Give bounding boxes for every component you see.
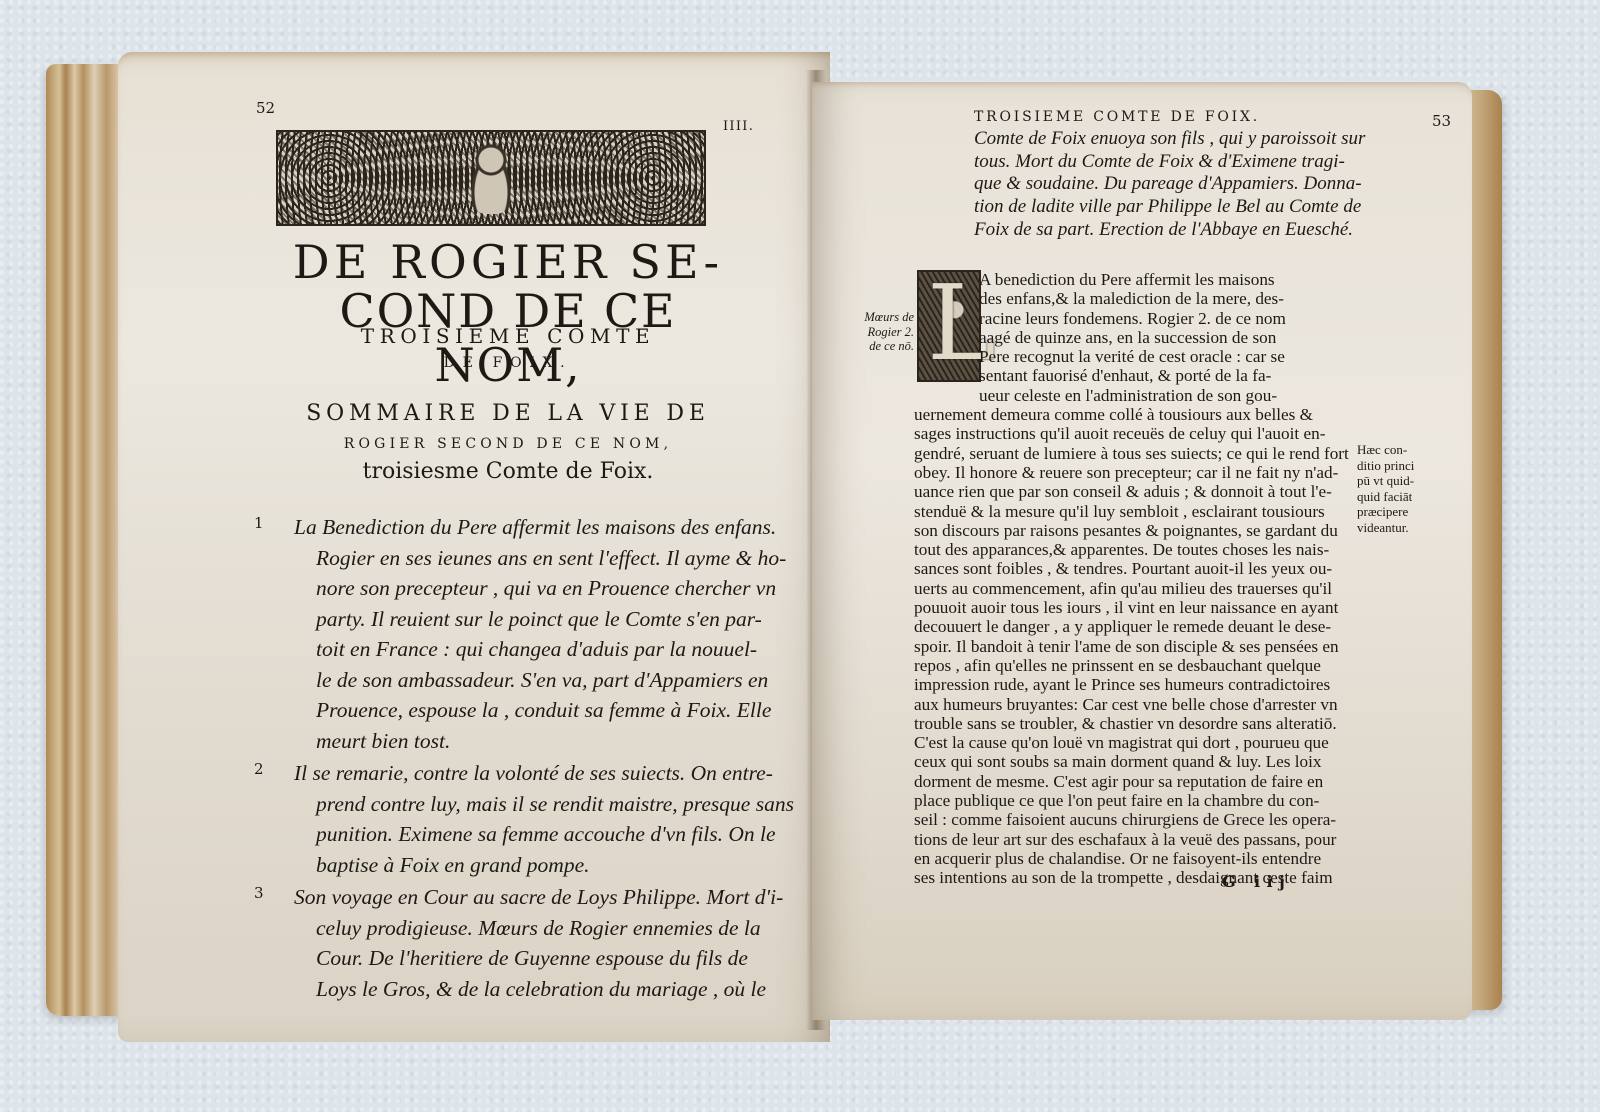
body-line: seil : comme faisoient aucuns chirurgien… — [914, 810, 1354, 829]
body-line: ceux qui sont soubs sa main dorment quan… — [914, 752, 1354, 771]
open-book: 52 IIII. DE ROGIER SE- COND DE CE NOM, T… — [0, 0, 1600, 1112]
body-line: dorment de mesme. C'est agir pour sa rep… — [914, 772, 1354, 791]
item-number: 1 — [254, 514, 264, 532]
item-line: Il se remarie, contre la volonté de ses … — [294, 758, 830, 789]
body-line: uerts au commencement, afin qu'au milieu… — [914, 579, 1354, 598]
margin-note-line: Mœurs de — [852, 310, 914, 325]
summary-heading-line-2: ROGIER SECOND DE CE NOM, — [258, 436, 758, 452]
body-line: aagé de quinze ans, en la succession de … — [914, 328, 1354, 347]
body-line: tions de leur art sur des eschafaux à la… — [914, 830, 1354, 849]
body-line: C'est la cause qu'on louë vn magistrat q… — [914, 733, 1354, 752]
body-line: sances sont foibles , & tendres. Pourtan… — [914, 559, 1354, 578]
body-line: aux humeurs bruyantes: Car cest vne bell… — [914, 695, 1354, 714]
item-line: Loys le Gros, & de la celebration du mar… — [294, 974, 830, 1005]
margin-note-line: præcipere — [1357, 504, 1437, 520]
item-line: party. Il reuient sur le poinct que le C… — [294, 604, 830, 635]
body-line: pouuoit auoir tous les iours , il vint e… — [914, 598, 1354, 617]
body-line: decouuert le danger , a y appliquer le r… — [914, 617, 1354, 636]
left-page: 52 IIII. DE ROGIER SE- COND DE CE NOM, T… — [118, 52, 830, 1042]
margin-note-line: quid faciāt — [1357, 489, 1437, 505]
summary-continuation-line: Comte de Foix enuoya son fils , qui y pa… — [974, 128, 1364, 151]
item-line: celuy prodigieuse. Mœurs de Rogier ennem… — [294, 913, 830, 944]
item-line: Rogier en ses ieunes ans en sent l'effec… — [294, 543, 830, 574]
summary-item: 3 Son voyage en Cour au sacre de Loys Ph… — [246, 882, 830, 1004]
body-line: A benediction du Pere affermit les maiso… — [914, 270, 1354, 289]
item-line: meurt bien tost. — [294, 726, 830, 757]
margin-note-left: Mœurs de Rogier 2. de ce nō. — [852, 310, 914, 354]
body-line: spoir. Il bandoit à tenir l'ame de son d… — [914, 637, 1354, 656]
summary-heading-line-3: troisiesme Comte de Foix. — [258, 459, 758, 484]
body-line: repos , afin qu'elles ne prinssent en se… — [914, 656, 1354, 675]
body-line: stenduë & la mesure qu'il luy sembloit ,… — [914, 502, 1354, 521]
body-line: Pere recognut la verité de cest oracle :… — [914, 347, 1354, 366]
summary-heading-line-1: SOMMAIRE DE LA VIE DE — [258, 401, 758, 426]
body-line: son discours par raisons pesantes & poig… — [914, 521, 1354, 540]
body-line: des enfans,& la malediction de la mere, … — [914, 289, 1354, 308]
summary-item: 1 La Benediction du Pere affermit les ma… — [246, 512, 830, 756]
item-number: 2 — [254, 760, 264, 778]
item-line: baptise à Foix en grand pompe. — [294, 850, 830, 881]
margin-note-right: Hæc con- ditio princi pū vt quid- quid f… — [1357, 442, 1437, 535]
margin-note-line: de ce nō. — [852, 339, 914, 354]
margin-note-line: Rogier 2. — [852, 325, 914, 340]
item-number: 3 — [254, 884, 264, 902]
item-line: le de son ambassadeur. S'en va, part d'A… — [294, 665, 830, 696]
summary-item: 2 Il se remarie, contre la volonté de se… — [246, 758, 830, 880]
margin-note-line: Hæc con- — [1357, 442, 1437, 458]
summary-continuation-line: tous. Mort du Comte de Foix & d'Eximene … — [974, 151, 1364, 174]
body-line: trouble sans se troubler, & chastier vn … — [914, 714, 1354, 733]
body-line: gendré, seruant de lumiere à tous ses su… — [914, 444, 1354, 463]
summary-continuation-line: tion de ladite ville par Philippe le Bel… — [974, 196, 1364, 219]
margin-note-line: ditio princi — [1357, 458, 1437, 474]
right-page: TROISIEME COMTE DE FOIX. 53 Comte de Foi… — [812, 82, 1472, 1020]
running-head: TROISIEME COMTE DE FOIX. — [974, 109, 1260, 125]
left-signature-mark: IIII. — [723, 119, 754, 134]
body-line: impression rude, ayant le Prince ses hum… — [914, 675, 1354, 694]
body-line: sentant fauorisé d'enhaut, & porté de la… — [914, 366, 1354, 385]
body-text: A benediction du Pere affermit les maiso… — [914, 270, 1354, 888]
body-line: place publique ce que l'on peut faire en… — [914, 791, 1354, 810]
margin-note-line: videantur. — [1357, 520, 1437, 536]
chapter-title-line-4: DE FOIX. — [258, 355, 758, 371]
body-line: sages instructions qu'il auoit receuës d… — [914, 424, 1354, 443]
summary-continuation-line: Foix de sa part. Erection de l'Abbaye en… — [974, 219, 1364, 242]
right-signature-mark: G iij — [1222, 872, 1291, 891]
item-line: Son voyage en Cour au sacre de Loys Phil… — [294, 882, 830, 913]
summary-items: 1 La Benediction du Pere affermit les ma… — [246, 512, 830, 1006]
woodcut-headpiece-ornament — [276, 130, 706, 226]
body-line: en acquerir plus de chalandise. Or ne fa… — [914, 849, 1354, 868]
item-line: punition. Eximene sa femme accouche d'vn… — [294, 819, 830, 850]
body-line: ueur celeste en l'administration de son … — [914, 386, 1354, 405]
item-line: La Benediction du Pere affermit les mais… — [294, 512, 830, 543]
chapter-title-line-3: TROISIEME COMTE — [258, 324, 758, 348]
chapter-title-line-1: DE ROGIER SE- — [258, 235, 758, 289]
item-line: Cour. De l'heritiere de Guyenne espouse … — [294, 943, 830, 974]
body-line: racine leurs fondemens. Rogier 2. de ce … — [914, 309, 1354, 328]
left-page-number: 52 — [256, 99, 275, 117]
item-line: Prouence, espouse la , conduit sa femme … — [294, 695, 830, 726]
summary-continuation: Comte de Foix enuoya son fils , qui y pa… — [974, 128, 1364, 242]
body-line: uance rien que par son conseil & aduis ;… — [914, 482, 1354, 501]
summary-continuation-line: que & soudaine. Du pareage d'Appamiers. … — [974, 173, 1364, 196]
body-line: obey. Il honore & reuere son precepteur;… — [914, 463, 1354, 482]
body-line: uernement demeura comme collé à tousiour… — [914, 405, 1354, 424]
item-line: toit en France : qui changea d'aduis par… — [294, 634, 830, 665]
body-line: tout des apparances,& apparentes. De tou… — [914, 540, 1354, 559]
item-line: prend contre luy, mais il se rendit mais… — [294, 789, 830, 820]
margin-note-line: pū vt quid- — [1357, 473, 1437, 489]
item-line: nore son precepteur , qui va en Prouence… — [294, 573, 830, 604]
cherub-ornament-icon — [466, 142, 516, 214]
right-page-number: 53 — [1432, 112, 1451, 130]
